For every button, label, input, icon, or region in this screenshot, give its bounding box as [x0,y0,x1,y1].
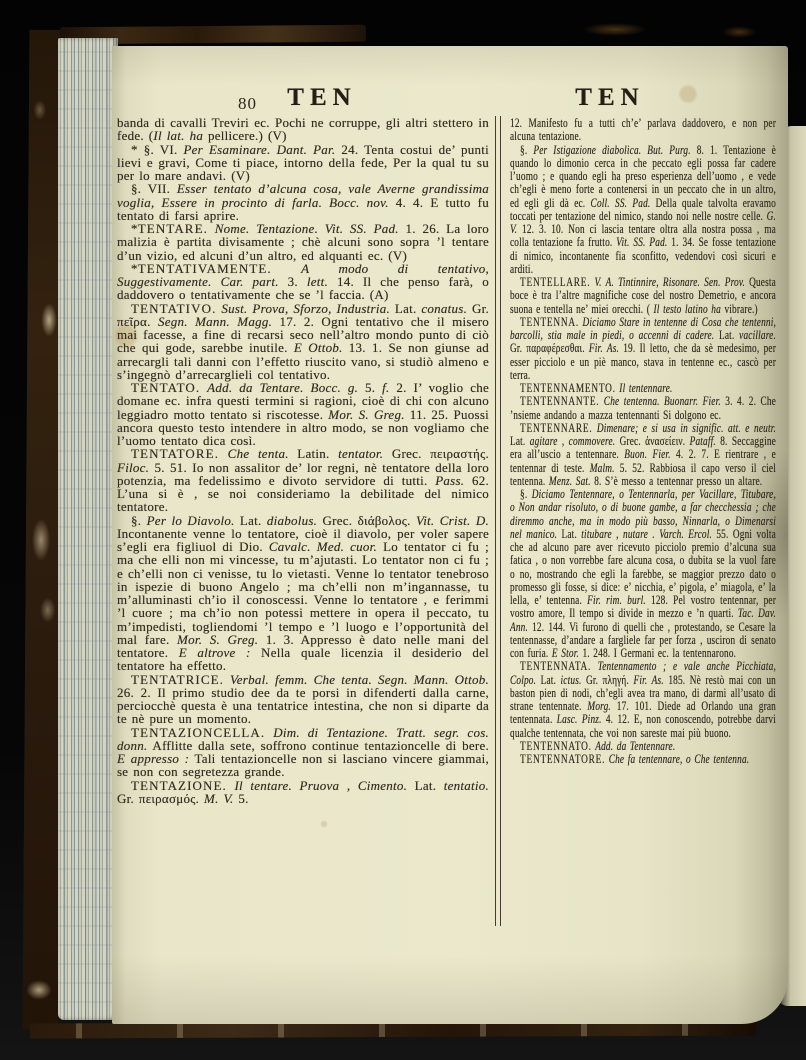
entry-paragraph: TENTENNATORE. Che fa tentennare, o Che t… [510,752,776,765]
entry-paragraph: §. Per Istigazione diabolica. But. Purg.… [510,143,776,276]
column-right: 12. Manifesto fu a tutti ch’e’ parlava d… [510,116,776,765]
entry-paragraph: TENTATIVO. Sust. Prova, Sforzo, Industri… [117,302,489,382]
text-columns: banda di cavalli Treviri ec. Pochi ne co… [117,116,783,940]
text-run: 5. [234,791,249,806]
running-title-right: TEN [540,84,680,112]
entry-paragraph: §. Per lo Diavolo. Lat. diabolus. Grec. … [117,514,489,673]
text-run: Il tentare. Pruova , Cimento. [234,778,407,793]
entry-paragraph: TENTATRICE. Verbal. femm. Che tenta. Seg… [117,673,489,726]
book-page: 80 TEN TEN banda di cavalli Treviri ec. … [112,46,788,1024]
entry-paragraph: TENTENNAMENTO. Il tentennare. [510,381,776,394]
entry-paragraph: TENTAZIONCELLA. Dim. di Tentazione. Trat… [117,726,489,779]
text-run: tentatio. [444,778,489,793]
paper-smudge [583,23,647,36]
column-right-wrap: 12. Manifesto fu a tutti ch’e’ parlava d… [510,116,780,940]
entry-paragraph: * §. VI. Per Esaminare. Dant. Par. 24. T… [117,143,489,183]
entry-paragraph: *TENTARE. Nome. Tentazione. Vit. SS. Pad… [117,222,489,262]
text-run: 5. 51. Io non assalitor de’ lor regni, n… [117,460,489,488]
text-run: Lat. [407,778,444,793]
entry-paragraph: TENTATORE. Che tenta. Latin. tentator. G… [117,447,489,513]
text-run: Gr. πειρασμός. [117,791,204,806]
entry-paragraph: TENTENNATA. Tentennamento ; e vale anche… [510,659,776,739]
text-run: Che fa tentennare, o Che tentenna. [609,751,750,766]
paper-smudge [722,26,756,38]
entry-paragraph: 12. Manifesto fu a tutti ch’e’ parlava d… [510,116,776,143]
running-title-left: TEN [252,84,392,112]
column-divider-rule [495,116,501,926]
entry-paragraph: *TENTATIVAMENTE. A modo di tentativo, Su… [117,262,489,302]
entry-paragraph: TENTELLARE. V. A. Tintinnire, Risonare. … [510,275,776,315]
text-run: Lo tentator ci fu ; ma che elli non mi v… [117,539,489,647]
entry-headword: TENTENNATORE. [520,751,605,766]
entry-paragraph: TENTENNARE. Dimenare; e si usa in signif… [510,421,776,487]
text-run: M. V. [204,791,234,806]
entry-paragraph: TENTENNATO. Add. da Tentennare. [510,739,776,752]
entry-paragraph: §. Diciamo Tentennare, o Tentennarla, pe… [510,487,776,659]
entry-paragraph: TENTENNANTE. Che tentenna. Buonarr. Fier… [510,394,776,421]
entry-paragraph: §. VII. Esser tentato d’alcuna cosa, val… [117,182,489,222]
entry-paragraph: TENTATO. Add. da Tentare. Bocc. g. 5. f.… [117,381,489,447]
entry-paragraph: TENTAZIONE. Il tentare. Pruova , Cimento… [117,779,489,806]
text-run: 26. 2. Il primo studio dee da te porsi i… [117,685,489,727]
book-scan-photo: 80 TEN TEN banda di cavalli Treviri ec. … [0,0,806,1060]
text-run: 12. Manifesto fu a tutti ch’e’ parlava d… [510,116,776,143]
entry-paragraph: TENTENNA. Diciamo Stare in tentenne di C… [510,315,776,381]
column-left: banda di cavalli Treviri ec. Pochi ne co… [117,116,489,940]
page-edge-stack [58,38,118,1020]
entry-paragraph: banda di cavalli Treviri ec. Pochi ne co… [117,116,489,143]
